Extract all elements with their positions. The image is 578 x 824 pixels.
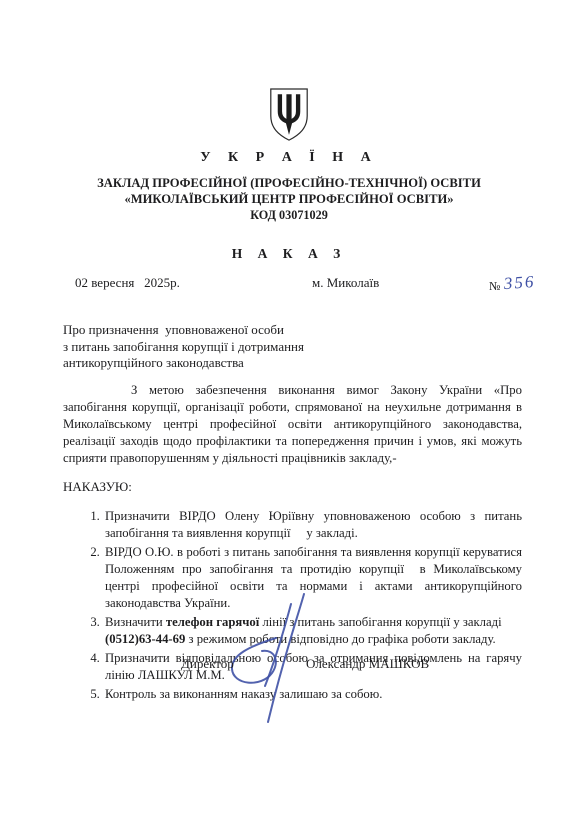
organization-header: ЗАКЛАД ПРОФЕСІЙНОЇ (ПРОФЕСІЙНО-ТЕХНІЧНОЇ… bbox=[0, 175, 578, 223]
emblem-container bbox=[0, 86, 578, 144]
order-item-3-phone-number: (0512)63-44-69 bbox=[105, 632, 185, 646]
document-date: 02 вересня 2025р. bbox=[75, 275, 180, 291]
preamble-paragraph: З метою забезпечення виконання вимог Зак… bbox=[63, 382, 522, 467]
country-name: У К Р А Ї Н А bbox=[0, 150, 578, 166]
order-item-1: Призначити ВІРДО Олену Юріївну уповноваж… bbox=[103, 508, 522, 542]
signature-row: Директор Олександр МАШКОВ bbox=[0, 652, 578, 682]
order-item-3-post: з режимом роботи відповідно до графіка р… bbox=[185, 632, 495, 646]
order-item-3-hotline-label: телефон гарячої bbox=[166, 615, 259, 629]
order-item-3-pre: Визначити bbox=[105, 615, 166, 629]
ukraine-trident-icon bbox=[263, 86, 315, 144]
organization-code: КОД 03071029 bbox=[0, 207, 578, 223]
document-title: Н А К А З bbox=[0, 246, 578, 262]
signer-name: Олександр МАШКОВ bbox=[306, 656, 429, 672]
document-city: м. Миколаїв bbox=[312, 275, 379, 291]
subject-block: Про призначення уповноваженої особи з пи… bbox=[63, 322, 578, 372]
document-meta-row: 02 вересня 2025р. м. Миколаїв № 356 bbox=[0, 273, 578, 295]
order-item-3: Визначити телефон гарячої лінії з питань… bbox=[103, 614, 522, 648]
order-document-page: У К Р А Ї Н А ЗАКЛАД ПРОФЕСІЙНОЇ (ПРОФЕС… bbox=[0, 0, 578, 824]
subject-line-1: Про призначення уповноваженої особи bbox=[63, 322, 578, 339]
subject-line-2: з питань запобігання корупції і дотриман… bbox=[63, 339, 578, 356]
handwritten-order-number: 356 bbox=[503, 272, 536, 294]
organization-name-line2: «МИКОЛАЇВСЬКИЙ ЦЕНТР ПРОФЕСІЙНОЇ ОСВІТИ» bbox=[0, 191, 578, 207]
order-item-5: Контроль за виконанням наказу залишаю за… bbox=[103, 686, 522, 703]
signer-title: Директор bbox=[181, 656, 234, 672]
number-label: № bbox=[489, 279, 500, 293]
order-item-2: ВІРДО О.Ю. в роботі з питань запобігання… bbox=[103, 544, 522, 612]
order-word: НАКАЗУЮ: bbox=[63, 479, 578, 495]
organization-name-line1: ЗАКЛАД ПРОФЕСІЙНОЇ (ПРОФЕСІЙНО-ТЕХНІЧНОЇ… bbox=[0, 175, 578, 191]
order-item-3-mid: лінії з питань запобігання корупції у за… bbox=[259, 615, 501, 629]
subject-line-3: антикорупційного законодавства bbox=[63, 355, 578, 372]
document-number: № 356 bbox=[489, 275, 535, 295]
